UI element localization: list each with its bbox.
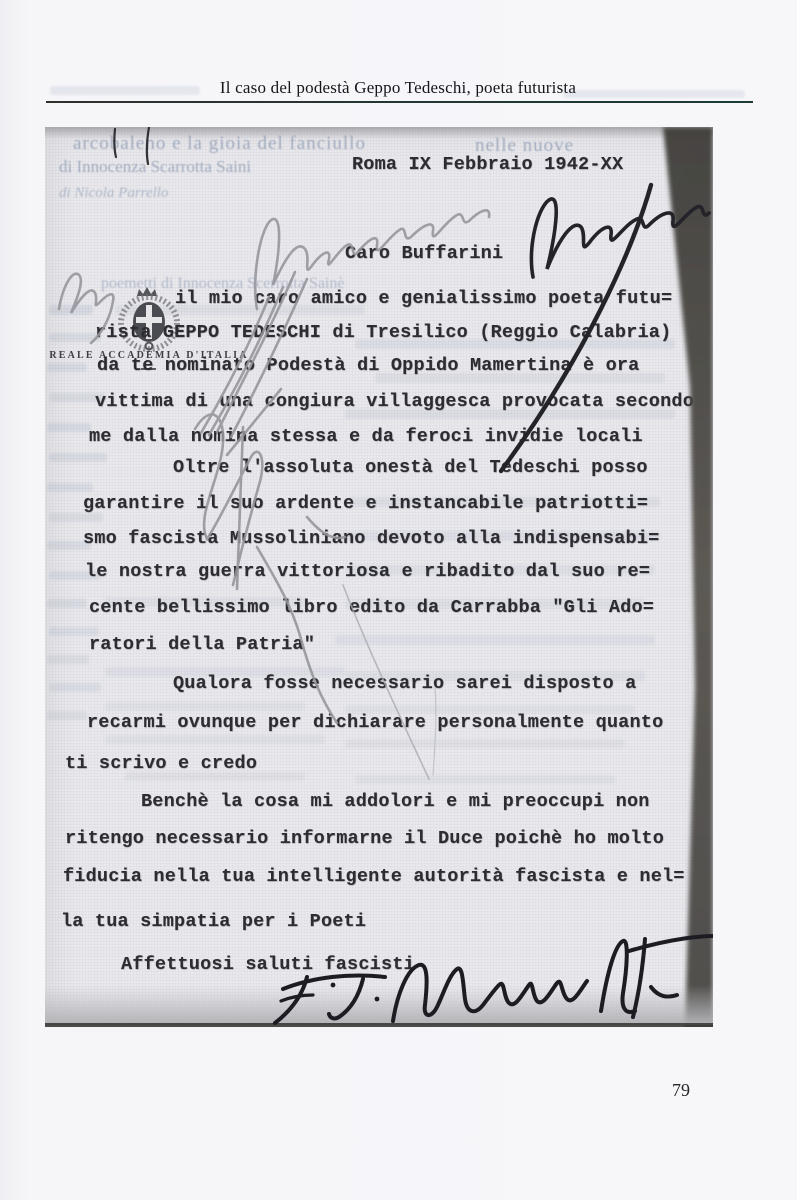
letter-line: Qualora fosse necessario sarei disposto … <box>173 673 636 694</box>
bleedthrough-smudge <box>563 90 745 98</box>
ghost-text: di Nicola Parrello <box>59 185 168 202</box>
letter-line: fiducia nella tua intelligente autorità … <box>63 866 685 887</box>
letter-line: cente bellissimo libro edito da Carrabba… <box>89 597 654 618</box>
letter-line: vittima di una congiura villaggesca prov… <box>95 391 694 412</box>
salutation: Caro Buffarini <box>345 243 503 264</box>
bleedthrough-smudge <box>47 423 91 432</box>
date-line: Roma IX Febbraio 1942-XX <box>352 154 623 175</box>
bleedthrough-smudge <box>47 363 87 372</box>
bleedthrough-smudge <box>105 735 325 744</box>
closing-line: Affettuosi saluti fascisti <box>121 954 415 975</box>
letter-line: ti scrivo e credo <box>65 753 257 774</box>
letter-line: me dalla nomina stessa e da feroci invid… <box>89 426 643 447</box>
ghost-text: di Innocenza Scarrotta Saini <box>59 157 251 177</box>
journal-page: Il caso del podestà Geppo Tedeschi, poet… <box>0 0 797 1200</box>
letter-line: recarmi ovunque per dichiarare personalm… <box>87 712 663 733</box>
letter-line: Benchè la cosa mi addolori e mi preoccup… <box>141 791 650 812</box>
ghost-text: arcobaleno e la gioia del fanciullo <box>73 133 366 155</box>
bleedthrough-smudge <box>47 599 87 608</box>
letter-line: il mio caro amico e genialissimo poeta f… <box>175 288 672 309</box>
letter-line: ratori della Patria" <box>89 634 315 655</box>
bleedthrough-smudge <box>49 683 101 692</box>
letter-line: garantire il suo ardente e instancabile … <box>83 493 648 514</box>
letter-line: da te nominato Podestà di Oppido Mamerti… <box>97 355 640 376</box>
bleedthrough-smudge <box>47 483 93 492</box>
bleedthrough-smudge <box>105 702 305 711</box>
bleedthrough-smudge <box>345 739 625 748</box>
bleedthrough-smudge <box>50 86 200 95</box>
letter-line: Oltre l'assoluta onestà del Tedeschi pos… <box>173 457 648 478</box>
bleedthrough-smudge <box>355 775 615 784</box>
letter-line: ritengo necessario informarne il Duce po… <box>65 828 664 849</box>
bleedthrough-smudge <box>47 655 89 664</box>
letter-line: le nostra guerra vittoriosa e ribadito d… <box>85 561 650 582</box>
bleedthrough-smudge <box>49 305 93 315</box>
bleedthrough-smudge <box>335 635 655 645</box>
letter-line: rista GEPPO TEDESCHI di Tresilico (Reggi… <box>95 322 671 343</box>
bleedthrough-smudge <box>47 711 87 720</box>
letter-line: la tua simpatia per i Poeti <box>61 911 366 932</box>
bleedthrough-smudge <box>49 453 107 462</box>
bleedthrough-smudge <box>49 513 103 522</box>
header-rule <box>46 101 753 103</box>
letter-line: smo fascista Mussoliniano devoto alla in… <box>83 528 659 549</box>
letter-photograph: arcobaleno e la gioia del fanciullo nell… <box>45 127 713 1027</box>
page-number: 79 <box>672 1080 722 1101</box>
